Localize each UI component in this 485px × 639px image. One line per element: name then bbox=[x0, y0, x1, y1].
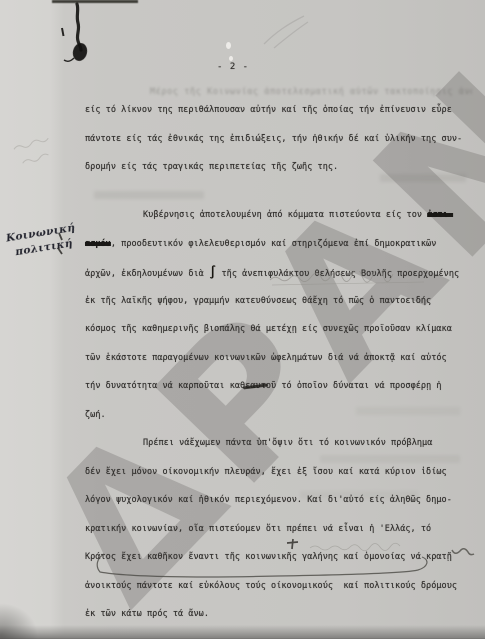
ink-blot bbox=[58, 2, 102, 68]
margin-handwritten-note: Κοινωνική πολιτική bbox=[5, 221, 79, 262]
typed-line: ἐκ τῆς λαϊκῆς ψήφου, γραμμήν κατευθύνσεω… bbox=[85, 287, 471, 316]
scan-top-edge bbox=[52, 0, 138, 3]
typed-line: Κράτος ἔχει καθῆκον ἔναντι τῆς κοινωνικῆ… bbox=[85, 543, 471, 572]
bleedthrough-smudge bbox=[94, 191, 204, 199]
typed-line: πάντοτε είς τάς ἐθνικάς της ἐπιδιώξεις, … bbox=[85, 125, 471, 154]
typed-line: δρομήν είς τάς τραγικάς περιπετείας τῆς … bbox=[85, 153, 471, 182]
paragraph: είς τό λίκνον της περιθάλπουσαν αὐτήν κα… bbox=[85, 96, 471, 182]
typed-line: κόσμος τῆς καθημερινῆς βιοπάλης θά μετέχ… bbox=[85, 315, 471, 344]
typed-line: κρατικήν κοινωνίαν, οἵα πιστεύομεν ὅτι π… bbox=[85, 515, 471, 544]
typed-line: ασμόν, προοδευτικόν φιλελευθερισμόν καί … bbox=[85, 230, 471, 259]
typed-line: Κυβέρνησις ἀποτελουμένη ἀπό κόμματα πιστ… bbox=[85, 201, 471, 230]
page-number: - 2 - bbox=[217, 62, 249, 72]
typed-line: ἀρχῶν, ἐκδηλουμένων διὰ ∫ τῆς ἀνεπιφυλάκ… bbox=[85, 258, 471, 287]
typed-line: ζωή. bbox=[85, 401, 471, 430]
typed-line: δέν ἔχει μόνον οίκονομικήν πλευράν, ἔχει… bbox=[85, 458, 471, 487]
pencil-scribble-top bbox=[258, 12, 310, 50]
typed-line: τήν δυνατότητα νά καρποῦται καθεαυτοῦ τό… bbox=[85, 372, 471, 401]
typed-line: λόγον ψυχολογικόν καί ἠθικόν περιεχόμενο… bbox=[85, 486, 471, 515]
pencil-margin-note bbox=[3, 117, 74, 188]
typed-line: ἀνοικτούς πάντοτε καί εὐκόλους τούς οίκο… bbox=[85, 572, 471, 601]
paragraph: Κυβέρνησις ἀποτελουμένη ἀπό κόμματα πιστ… bbox=[85, 201, 471, 429]
white-speck bbox=[229, 56, 233, 61]
typed-line: είς τό λίκνον της περιθάλπουσαν αὐτήν κα… bbox=[85, 96, 471, 125]
paragraph: Πρέπει νάἔχωμεν πάντα ὑπ'ὄψιν ὅτι τό κοι… bbox=[85, 429, 471, 629]
white-speck bbox=[226, 42, 231, 49]
typed-line: Πρέπει νάἔχωμεν πάντα ὑπ'ὄψιν ὅτι τό κοι… bbox=[85, 429, 471, 458]
scanned-document-page: ΔΡΑΝ Μέρος τῆς Κοινωνίας ἀποτελεσματική … bbox=[0, 0, 485, 639]
scan-bottom-edge bbox=[0, 625, 485, 639]
scan-corner-smudge bbox=[0, 603, 38, 639]
typed-line: τῶν ἑκάστοτε παραγομένων κοινωνικῶν ὠφελ… bbox=[85, 344, 471, 373]
